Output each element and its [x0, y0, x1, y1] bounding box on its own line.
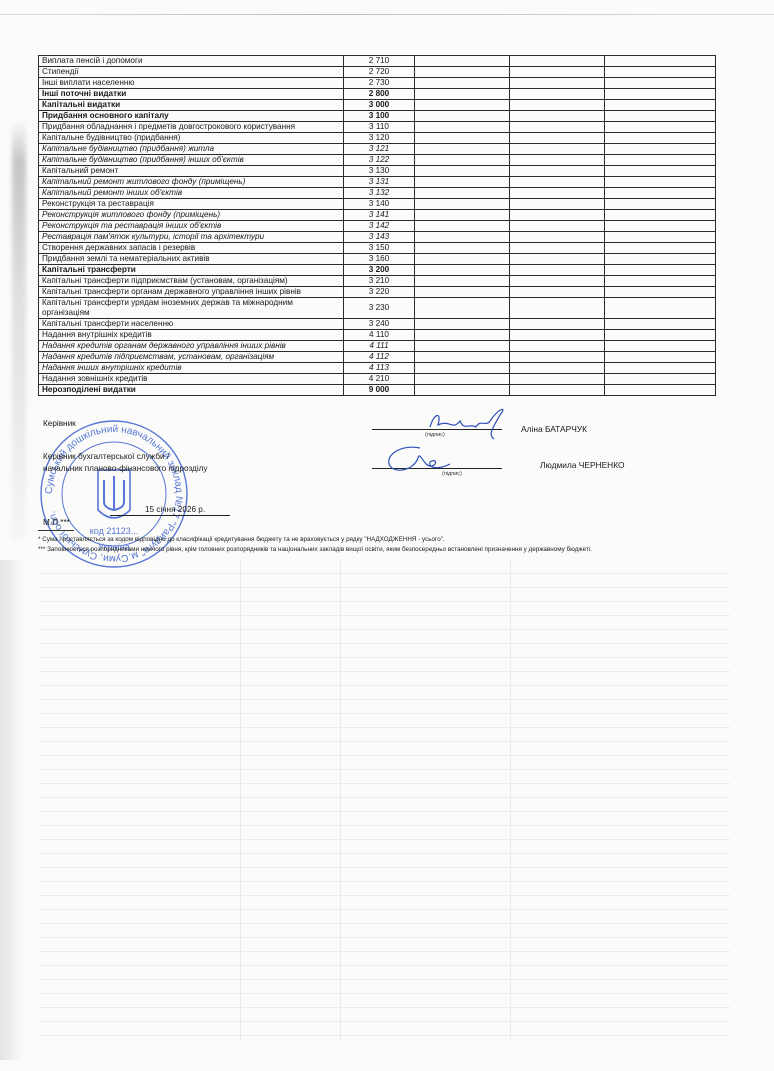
row-name: Реконструкція житлового фонду (приміщень… [39, 210, 344, 221]
row-value-col3 [605, 319, 716, 330]
row-value-col3 [605, 363, 716, 374]
row-name: Стипендії [39, 67, 344, 78]
table-row: Надання кредитів органам державного упра… [39, 341, 716, 352]
row-value-col2 [510, 265, 605, 276]
row-value-col1 [415, 67, 510, 78]
row-name: Реконструкція та реставрація [39, 199, 344, 210]
row-name: Капітальні трансферти підприємствам (уст… [39, 276, 344, 287]
row-value-col3 [605, 265, 716, 276]
row-value-col1 [415, 155, 510, 166]
row-value-col1 [415, 276, 510, 287]
row-name: Інші виплати населенню [39, 78, 344, 89]
footnote-rule [38, 530, 74, 531]
row-code: 3 131 [344, 177, 415, 188]
row-code: 4 113 [344, 363, 415, 374]
row-value-col2 [510, 374, 605, 385]
row-value-col1 [415, 177, 510, 188]
row-name: Капітальний ремонт інших об'єктів [39, 188, 344, 199]
table-row: Реставрація пам'яток культури, історії т… [39, 232, 716, 243]
table-row: Капітальне будівництво (придбання) житла… [39, 144, 716, 155]
table-row: Реконструкція та реставрація інших об'єк… [39, 221, 716, 232]
row-value-col3 [605, 341, 716, 352]
row-value-col1 [415, 232, 510, 243]
table-row: Капітальне будівництво (придбання) інших… [39, 155, 716, 166]
row-value-col2 [510, 319, 605, 330]
row-value-col2 [510, 243, 605, 254]
svg-text:код 21123...: код 21123... [90, 526, 138, 536]
scan-shadow [12, 120, 26, 540]
row-value-col1 [415, 352, 510, 363]
row-value-col3 [605, 155, 716, 166]
table-row: Капітальний ремонт житлового фонду (прим… [39, 177, 716, 188]
footnote-3: *** Заповнюється розпорядниками нижчого … [38, 546, 592, 553]
footnote-1: * Сума проставляється за кодом відповідн… [38, 536, 445, 543]
row-value-col1 [415, 363, 510, 374]
table-row: Капітальний ремонт інших об'єктів3 132 [39, 188, 716, 199]
row-value-col1 [415, 89, 510, 100]
row-value-col2 [510, 221, 605, 232]
row-code: 3 130 [344, 166, 415, 177]
row-name: Надання кредитів підприємствам, установа… [39, 352, 344, 363]
row-name: Капітальні трансферти урядам іноземних д… [39, 298, 344, 319]
row-value-col3 [605, 144, 716, 155]
row-value-col3 [605, 100, 716, 111]
row-value-col1 [415, 100, 510, 111]
row-value-col2 [510, 287, 605, 298]
row-value-col2 [510, 254, 605, 265]
row-code: 3 141 [344, 210, 415, 221]
table-row: Виплата пенсій і допомоги2 710 [39, 56, 716, 67]
row-value-col3 [605, 298, 716, 319]
row-value-col1 [415, 111, 510, 122]
row-value-col2 [510, 210, 605, 221]
row-value-col2 [510, 111, 605, 122]
row-value-col3 [605, 89, 716, 100]
page-edge [0, 14, 774, 15]
reverse-side-show-through [40, 560, 730, 1040]
row-code: 2 730 [344, 78, 415, 89]
row-value-col1 [415, 199, 510, 210]
row-name: Реставрація пам'яток культури, історії т… [39, 232, 344, 243]
table-row: Нерозподілені видатки9 000 [39, 385, 716, 396]
row-value-col1 [415, 122, 510, 133]
row-code: 4 210 [344, 374, 415, 385]
row-name: Капітальні трансферти органам державного… [39, 287, 344, 298]
row-name: Капітальне будівництво (придбання) інших… [39, 155, 344, 166]
row-code: 3 140 [344, 199, 415, 210]
row-code: 3 142 [344, 221, 415, 232]
row-value-col3 [605, 177, 716, 188]
row-name: Капітальні видатки [39, 100, 344, 111]
head-label: Керівник [43, 419, 76, 428]
row-name: Придбання землі та нематеріальних активі… [39, 254, 344, 265]
row-value-col3 [605, 210, 716, 221]
row-name: Надання інших внутрішніх кредитів [39, 363, 344, 374]
row-name: Надання кредитів органам державного упра… [39, 341, 344, 352]
table-row: Придбання обладнання і предметів довгост… [39, 122, 716, 133]
table-row: Інші виплати населенню2 730 [39, 78, 716, 89]
table-row: Надання внутрішніх кредитів4 110 [39, 330, 716, 341]
row-code: 3 240 [344, 319, 415, 330]
row-value-col2 [510, 232, 605, 243]
row-code: 3 220 [344, 287, 415, 298]
row-code: 3 000 [344, 100, 415, 111]
row-code: 3 200 [344, 265, 415, 276]
row-value-col2 [510, 298, 605, 319]
head-name: Аліна БАТАРЧУК [521, 424, 587, 434]
row-code: 2 800 [344, 89, 415, 100]
row-name: Капітальний ремонт житлового фонду (прим… [39, 177, 344, 188]
row-code: 3 122 [344, 155, 415, 166]
row-name: Реконструкція та реставрація інших об'єк… [39, 221, 344, 232]
row-value-col2 [510, 144, 605, 155]
row-value-col2 [510, 100, 605, 111]
document-date: 15 січня 2026 р. [145, 505, 205, 514]
row-value-col1 [415, 254, 510, 265]
table-row: Створення державних запасів і резервів3 … [39, 243, 716, 254]
row-value-col1 [415, 287, 510, 298]
row-name: Капітальне будівництво (придбання) житла [39, 144, 344, 155]
row-value-col1 [415, 166, 510, 177]
row-value-col3 [605, 385, 716, 396]
accountant-name: Людмила ЧЕРНЕНКО [540, 460, 625, 470]
row-code: 3 210 [344, 276, 415, 287]
row-code: 3 110 [344, 122, 415, 133]
row-value-col3 [605, 56, 716, 67]
expenditure-table: Виплата пенсій і допомоги2 710Стипендії2… [38, 55, 716, 396]
table-row: Капітальне будівництво (придбання)3 120 [39, 133, 716, 144]
row-value-col1 [415, 374, 510, 385]
row-value-col2 [510, 188, 605, 199]
accountant-signature-ink [380, 440, 460, 476]
row-code: 2 720 [344, 67, 415, 78]
row-code: 4 110 [344, 330, 415, 341]
row-code: 4 112 [344, 352, 415, 363]
row-value-col1 [415, 341, 510, 352]
table-row: Надання зовнішніх кредитів4 210 [39, 374, 716, 385]
row-value-col1 [415, 210, 510, 221]
row-value-col3 [605, 133, 716, 144]
row-code: 3 230 [344, 298, 415, 319]
row-value-col2 [510, 330, 605, 341]
row-value-col1 [415, 221, 510, 232]
row-name: Капітальне будівництво (придбання) [39, 133, 344, 144]
row-value-col3 [605, 243, 716, 254]
row-value-col3 [605, 374, 716, 385]
table-row: Реконструкція житлового фонду (приміщень… [39, 210, 716, 221]
row-value-col2 [510, 352, 605, 363]
row-code: 3 120 [344, 133, 415, 144]
row-value-col2 [510, 276, 605, 287]
row-value-col2 [510, 341, 605, 352]
date-underline [110, 515, 230, 516]
row-value-col3 [605, 111, 716, 122]
row-value-col1 [415, 319, 510, 330]
row-value-col3 [605, 330, 716, 341]
row-value-col1 [415, 265, 510, 276]
row-name: Капітальні трансферти населенню [39, 319, 344, 330]
row-value-col2 [510, 89, 605, 100]
row-value-col3 [605, 188, 716, 199]
row-value-col3 [605, 232, 716, 243]
row-value-col3 [605, 276, 716, 287]
table-row: Капітальні трансферти урядам іноземних д… [39, 298, 716, 319]
row-name: Виплата пенсій і допомоги [39, 56, 344, 67]
row-value-col3 [605, 78, 716, 89]
row-code: 3 160 [344, 254, 415, 265]
row-name: Придбання основного капіталу [39, 111, 344, 122]
row-value-col1 [415, 298, 510, 319]
row-value-col3 [605, 199, 716, 210]
table-row: Інші поточні видатки2 800 [39, 89, 716, 100]
row-value-col1 [415, 385, 510, 396]
row-value-col2 [510, 56, 605, 67]
table-row: Надання інших внутрішніх кредитів4 113 [39, 363, 716, 374]
row-value-col2 [510, 166, 605, 177]
row-code: 3 143 [344, 232, 415, 243]
row-code: 3 132 [344, 188, 415, 199]
row-code: 9 000 [344, 385, 415, 396]
row-value-col3 [605, 67, 716, 78]
row-value-col1 [415, 78, 510, 89]
row-code: 2 710 [344, 56, 415, 67]
row-value-col2 [510, 122, 605, 133]
row-value-col1 [415, 144, 510, 155]
row-value-col3 [605, 254, 716, 265]
row-name: Капітальний ремонт [39, 166, 344, 177]
row-value-col3 [605, 166, 716, 177]
row-name: Надання зовнішніх кредитів [39, 374, 344, 385]
row-value-col1 [415, 188, 510, 199]
table-row: Стипендії2 720 [39, 67, 716, 78]
row-value-col3 [605, 122, 716, 133]
table-row: Капітальний ремонт3 130 [39, 166, 716, 177]
table-row: Капітальні видатки3 000 [39, 100, 716, 111]
scan-shadow [0, 560, 24, 1060]
table-row: Придбання землі та нематеріальних активі… [39, 254, 716, 265]
table-row: Реконструкція та реставрація3 140 [39, 199, 716, 210]
table-row: Капітальні трансферти підприємствам (уст… [39, 276, 716, 287]
row-value-col1 [415, 56, 510, 67]
row-value-col2 [510, 385, 605, 396]
table-row: Надання кредитів підприємствам, установа… [39, 352, 716, 363]
row-code: 3 150 [344, 243, 415, 254]
row-code: 4 111 [344, 341, 415, 352]
accountant-label-line2: начальник планово-фінансового підрозділу [43, 464, 208, 473]
row-value-col1 [415, 243, 510, 254]
row-name: Капітальні трансферти [39, 265, 344, 276]
row-value-col3 [605, 287, 716, 298]
row-value-col2 [510, 177, 605, 188]
row-value-col2 [510, 133, 605, 144]
row-value-col2 [510, 199, 605, 210]
seal-place-label: М.П.*** [43, 518, 70, 527]
table-row: Капітальні трансферти населенню3 240 [39, 319, 716, 330]
table-row: Капітальні трансферти3 200 [39, 265, 716, 276]
trident-icon [98, 470, 130, 518]
row-value-col2 [510, 78, 605, 89]
row-value-col2 [510, 67, 605, 78]
head-signature-ink [420, 405, 510, 441]
row-name: Надання внутрішніх кредитів [39, 330, 344, 341]
row-value-col1 [415, 330, 510, 341]
row-code: 3 121 [344, 144, 415, 155]
row-code: 3 100 [344, 111, 415, 122]
row-name: Створення державних запасів і резервів [39, 243, 344, 254]
row-value-col3 [605, 352, 716, 363]
row-value-col3 [605, 221, 716, 232]
table-row: Капітальні трансферти органам державного… [39, 287, 716, 298]
table-row: Придбання основного капіталу3 100 [39, 111, 716, 122]
accountant-label-line1: Керівник бухгалтерської служби / [43, 452, 169, 461]
row-name: Інші поточні видатки [39, 89, 344, 100]
row-name: Нерозподілені видатки [39, 385, 344, 396]
row-value-col2 [510, 363, 605, 374]
row-value-col2 [510, 155, 605, 166]
row-value-col1 [415, 133, 510, 144]
row-name: Придбання обладнання і предметів довгост… [39, 122, 344, 133]
